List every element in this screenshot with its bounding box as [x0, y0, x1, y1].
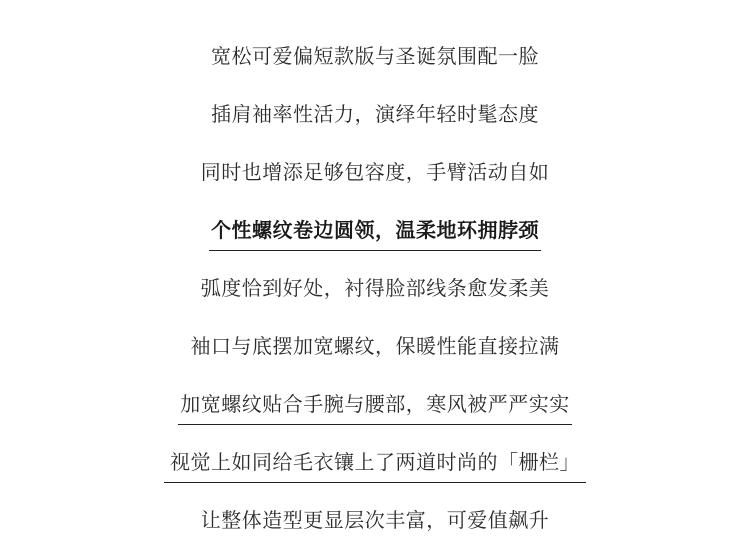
- description-line-3: 同时也增添足够包容度，手臂活动自如: [0, 158, 750, 190]
- line-text: 袖口与底摆加宽螺纹，保暖性能直接拉满: [189, 332, 562, 364]
- product-description: 宽松可爱偏短款版与圣诞氛围配一脸 插肩袖率性活力，演绎年轻时髦态度 同时也增添足…: [0, 0, 750, 549]
- description-line-5: 弧度恰到好处，衬得脸部线条愈发柔美: [0, 274, 750, 306]
- description-line-8-underlined: 视觉上如同给毛衣镶上了两道时尚的「栅栏」: [0, 448, 750, 483]
- description-line-6: 袖口与底摆加宽螺纹，保暖性能直接拉满: [0, 332, 750, 364]
- description-line-1: 宽松可爱偏短款版与圣诞氛围配一脸: [0, 42, 750, 74]
- line-text-underlined: 加宽螺纹贴合手腕与腰部，寒风被严严实实: [178, 390, 572, 425]
- line-text: 弧度恰到好处，衬得脸部线条愈发柔美: [199, 274, 552, 306]
- line-text-underlined: 视觉上如同给毛衣镶上了两道时尚的「栅栏」: [164, 448, 586, 483]
- line-text: 让整体造型更显层次丰富，可爱值飙升: [199, 506, 552, 538]
- line-text-underlined: 个性螺纹卷边圆领，温柔地环拥脖颈: [209, 216, 541, 251]
- line-text: 插肩袖率性活力，演绎年轻时髦态度: [209, 100, 541, 132]
- description-line-7-underlined: 加宽螺纹贴合手腕与腰部，寒风被严严实实: [0, 390, 750, 425]
- description-line-2: 插肩袖率性活力，演绎年轻时髦态度: [0, 100, 750, 132]
- description-line-9: 让整体造型更显层次丰富，可爱值飙升: [0, 506, 750, 538]
- description-line-4-highlight: 个性螺纹卷边圆领，温柔地环拥脖颈: [0, 216, 750, 251]
- line-text: 同时也增添足够包容度，手臂活动自如: [199, 158, 552, 190]
- line-text: 宽松可爱偏短款版与圣诞氛围配一脸: [209, 42, 541, 74]
